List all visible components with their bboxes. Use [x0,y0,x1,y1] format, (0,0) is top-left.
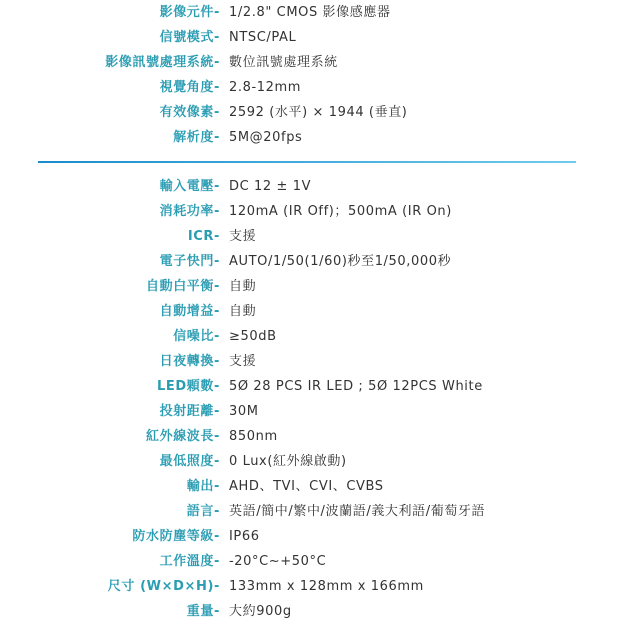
section-divider [38,161,576,163]
spec-row-effective-pixels: 有效像素- 2592 (水平) × 1944 (垂直) [0,100,620,125]
spec-row-ir-distance: 投射距離- 30M [0,399,620,424]
spec-row-resolution: 解析度- 5M@20fps [0,125,620,150]
spec-label: 日夜轉換- [160,349,220,374]
spec-label: 投射距離- [160,399,220,424]
spec-value: 支援 [229,349,256,374]
spec-row-image-sensor: 影像元件- 1/2.8" CMOS 影像感應器 [0,0,620,25]
spec-label: ICR- [188,224,220,249]
spec-row-auto-gain: 自動增益- 自動 [0,299,620,324]
spec-row-power-consumption: 消耗功率- 120mA (IR Off)；500mA (IR On) [0,199,620,224]
spec-value: 英語/簡中/繁中/波蘭語/義大利語/葡萄牙語 [229,499,485,524]
spec-value: 0 Lux(紅外線啟動) [229,449,347,474]
spec-label: 電子快門- [160,249,220,274]
spec-row-weight: 重量- 大約900g [0,599,620,620]
spec-value: 數位訊號處理系統 [229,50,338,75]
spec-row-output: 輸出- AHD、TVI、CVI、CVBS [0,474,620,499]
spec-row-dimensions: 尺寸 (W×D×H)- 133mm x 128mm x 166mm [0,574,620,599]
spec-label: 自動白平衡- [146,274,220,299]
spec-value: 850nm [229,424,278,449]
spec-row-isp: 影像訊號處理系統- 數位訊號處理系統 [0,50,620,75]
spec-value: 2.8-12mm [229,75,301,100]
spec-row-day-night: 日夜轉換- 支援 [0,349,620,374]
spec-value: -20°C~+50°C [229,549,326,574]
spec-value: 1/2.8" CMOS 影像感應器 [229,0,391,25]
spec-row-ir-wavelength: 紅外線波長- 850nm [0,424,620,449]
spec-row-language: 語言- 英語/簡中/繁中/波蘭語/義大利語/葡萄牙語 [0,499,620,524]
spec-label: 解析度- [173,125,220,150]
spec-label: 影像元件- [160,0,220,25]
spec-label: 最低照度- [160,449,220,474]
spec-row-icr: ICR- 支援 [0,224,620,249]
spec-row-input-voltage: 輸入電壓- DC 12 ± 1V [0,174,620,199]
spec-label: 有效像素- [160,100,220,125]
spec-row-led-count: LED顆數- 5Ø 28 PCS IR LED ; 5Ø 12PCS White [0,374,620,399]
spec-label: 尺寸 (W×D×H)- [108,574,220,599]
spec-label: 信號模式- [160,25,220,50]
spec-row-view-angle: 視覺角度- 2.8-12mm [0,75,620,100]
spec-label: 工作溫度- [160,549,220,574]
spec-value: ≥50dB [229,324,277,349]
spec-label: 重量- [187,599,220,620]
spec-label: 視覺角度- [160,75,220,100]
spec-row-white-balance: 自動白平衡- 自動 [0,274,620,299]
spec-value: 大約900g [229,599,292,620]
spec-row-shutter: 電子快門- AUTO/1/50(1/60)秒至1/50,000秒 [0,249,620,274]
spec-value: 5Ø 28 PCS IR LED ; 5Ø 12PCS White [229,374,483,399]
spec-row-ip-rating: 防水防塵等級- IP66 [0,524,620,549]
spec-value: 2592 (水平) × 1944 (垂直) [229,100,407,125]
spec-value: AUTO/1/50(1/60)秒至1/50,000秒 [229,249,451,274]
spec-value: 5M@20fps [229,125,302,150]
spec-label: 影像訊號處理系統- [105,50,220,75]
spec-value: 133mm x 128mm x 166mm [229,574,424,599]
spec-value: 30M [229,399,259,424]
spec-label: 防水防塵等級- [132,524,220,549]
spec-row-snr: 信噪比- ≥50dB [0,324,620,349]
spec-row-operating-temp: 工作溫度- -20°C~+50°C [0,549,620,574]
spec-value: 自動 [229,299,256,324]
spec-label: 消耗功率- [160,199,220,224]
spec-value: DC 12 ± 1V [229,174,311,199]
spec-value: 120mA (IR Off)；500mA (IR On) [229,199,452,224]
spec-value: 支援 [229,224,256,249]
spec-label: 自動增益- [160,299,220,324]
spec-value: 自動 [229,274,256,299]
spec-value: IP66 [229,524,260,549]
spec-label: 信噪比- [173,324,220,349]
spec-label: 輸出- [187,474,220,499]
spec-label: 紅外線波長- [146,424,220,449]
spec-value: NTSC/PAL [229,25,296,50]
spec-label: 輸入電壓- [160,174,220,199]
spec-label: LED顆數- [157,374,220,399]
spec-value: AHD、TVI、CVI、CVBS [229,474,384,499]
spec-row-signal-mode: 信號模式- NTSC/PAL [0,25,620,50]
spec-row-min-illumination: 最低照度- 0 Lux(紅外線啟動) [0,449,620,474]
spec-label: 語言- [187,499,220,524]
